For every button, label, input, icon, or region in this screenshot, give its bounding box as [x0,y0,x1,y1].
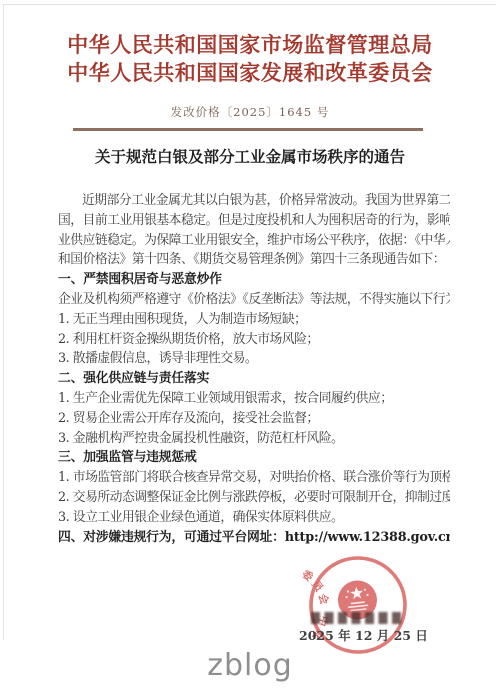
document-body: 近期部分工业金属尤其以白银为甚，价格异常波动。我国为世界第二大产银国，目前工业用… [58,191,450,551]
body-line: 2. 贸易企业需公开库存及流向，接受社会监督； [58,409,450,429]
body-line: 2. 交易所动态调整保证金比例与涨跌停板，必要时可限制开仓，抑制过度投机； [58,488,450,508]
notice-document: 中华人民共和国国家市场监督管理总局 中华人民共和国国家发展和改革委员会 发改价格… [0,0,500,691]
body-line: 四、对涉嫌违规行为，可通过平台网址：http://www.12388.gov.c… [58,528,450,548]
body-line: 1. 市场监管部门将联合核查异常交易，对哄抬价格、联合涨价等行为顶格处罚； [58,468,450,488]
illegible-overprint [311,612,401,624]
body-line: 一、严禁囤积居奇与恶意炒作 [58,270,450,290]
issuer-line-2: 中华人民共和国国家发展和改革委员会 [0,59,500,87]
body-line: 1. 生产企业需优先保障工业领域用银需求，按合同履约供应； [58,389,450,409]
body-line: 三、加强监管与违规惩戒 [58,448,450,468]
body-line: 二、强化供应链与责任落实 [58,369,450,389]
seal-date: 2025 年 12 月 25 日 [299,626,409,644]
body-line: 3. 设立工业用银企业绿色通道，确保实体原料供应。 [58,508,450,528]
body-line: 2. 利用杠杆资金操纵期货价格，放大市场风险； [58,330,450,350]
paper-edge-left [3,4,4,640]
body-line: 3. 散播虚假信息，诱导非理性交易。 [58,349,450,369]
body-line: 国，目前工业用银基本稳定。但是过度投机和人为囤积居奇的行为，影响实体产 [58,211,450,231]
document-title: 关于规范白银及部分工业金属市场秩序的通告 [0,145,500,167]
issuer-line-1: 中华人民共和国国家市场监督管理总局 [0,31,500,59]
official-seal-icon: 中华人民共和国国家发展和改革委员会 [301,548,415,662]
document-number: 发改价格〔2025〕1645 号 [0,104,500,120]
body-line: 企业及机构须严格遵守《价格法》《反垄断法》等法规，不得实施以下行为： [58,290,450,310]
watermark-text: zblog [207,648,293,683]
paper-edge-top [2,4,496,5]
body-line: 近期部分工业金属尤其以白银为甚，价格异常波动。我国为世界第二大产银 [58,191,450,211]
body-line: 3. 金融机构严控贵金属投机性融资，防范杠杆风险。 [58,429,450,449]
body-line: 和国价格法》第十四条、《期货交易管理条例》第四十三条现通告如下： [58,250,450,270]
issuing-authorities: 中华人民共和国国家市场监督管理总局 中华人民共和国国家发展和改革委员会 [0,31,500,86]
header-divider-rule [73,128,423,131]
body-line: 1. 无正当理由囤积现货，人为制造市场短缺； [58,310,450,330]
body-line: 业供应链稳定。为保障工业用银安全，维护市场公平秩序，依据：《中华人民共 [58,231,450,251]
